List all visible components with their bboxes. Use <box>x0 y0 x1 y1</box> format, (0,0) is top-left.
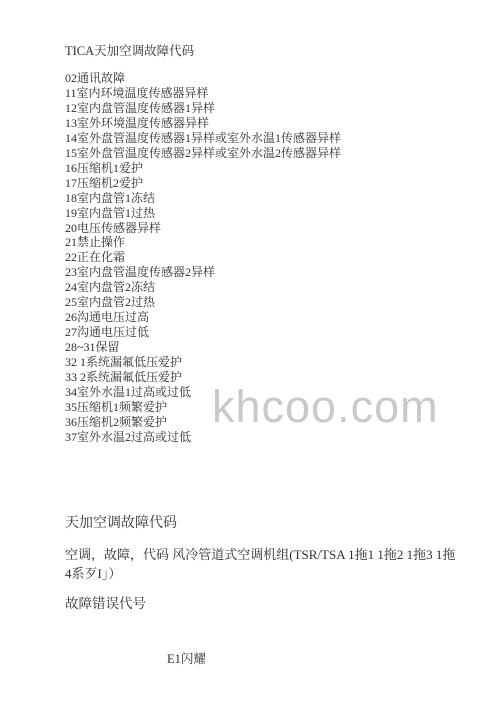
fault-code-line: 12室内盘管温度传感器1异样 <box>65 101 341 116</box>
fault-code-line: 18室内盘管1冻结 <box>65 191 341 206</box>
fault-code-line: 27沟通电压过低 <box>65 325 341 340</box>
section-paragraph: 空调，故障，代码 风冷管道式空调机组(TSR/TSA 1拖1 1拖2 1拖3 1… <box>65 545 458 583</box>
fault-code-line: 32 1系统漏氟低压爱护 <box>65 355 341 370</box>
fault-code-line: 11室内环境温度传感器异样 <box>65 86 341 101</box>
fault-code-line: 33 2系统漏氟低压爱护 <box>65 370 341 385</box>
fault-code-line: 21禁止操作 <box>65 235 341 250</box>
fault-code-line: 17压缩机2爱护 <box>65 176 341 191</box>
fault-code-list: 02通讯故障 11室内环境温度传感器异样 12室内盘管温度传感器1异样 13室外… <box>65 71 341 445</box>
fault-code-line: 34室外水温1过高或过低 <box>65 385 341 400</box>
section-heading: 天加空调故障代码 <box>65 512 177 532</box>
fault-code-line: 23室内盘管温度传感器2异样 <box>65 265 341 280</box>
fault-code-line: 13室外环境温度传感器异样 <box>65 116 341 131</box>
fault-code-line: 15室外盘管温度传感器2异样或室外水温2传感器异样 <box>65 146 341 161</box>
fault-code-line: 24室内盘管2冻结 <box>65 280 341 295</box>
fault-code-line: 36压缩机2频繁爱护 <box>65 415 341 430</box>
fault-code-line: 22正在化霜 <box>65 250 341 265</box>
error-code-entry: E1闪耀 <box>167 649 206 667</box>
fault-code-line: 16压缩机1爱护 <box>65 161 341 176</box>
fault-code-line: 28~31保留 <box>65 340 341 355</box>
fault-code-line: 20电压传感器异样 <box>65 221 341 236</box>
fault-code-line: 14室外盘管温度传感器1异样或室外水温1传感器异样 <box>65 131 341 146</box>
fault-code-line: 26沟通电压过高 <box>65 310 341 325</box>
section-subheading: 故障错误代号 <box>65 592 146 612</box>
fault-code-line: 25室内盘管2过热 <box>65 295 341 310</box>
fault-code-line: 02通讯故障 <box>65 71 341 86</box>
document-page: khcoo.com TICA天加空调故障代码 02通讯故障 11室内环境温度传感… <box>0 0 500 716</box>
fault-code-line: 19室内盘管1过热 <box>65 206 341 221</box>
document-title: TICA天加空调故障代码 <box>65 41 194 59</box>
fault-code-line: 37室外水温2过高或过低 <box>65 430 341 445</box>
fault-code-line: 35压缩机1频繁爱护 <box>65 400 341 415</box>
